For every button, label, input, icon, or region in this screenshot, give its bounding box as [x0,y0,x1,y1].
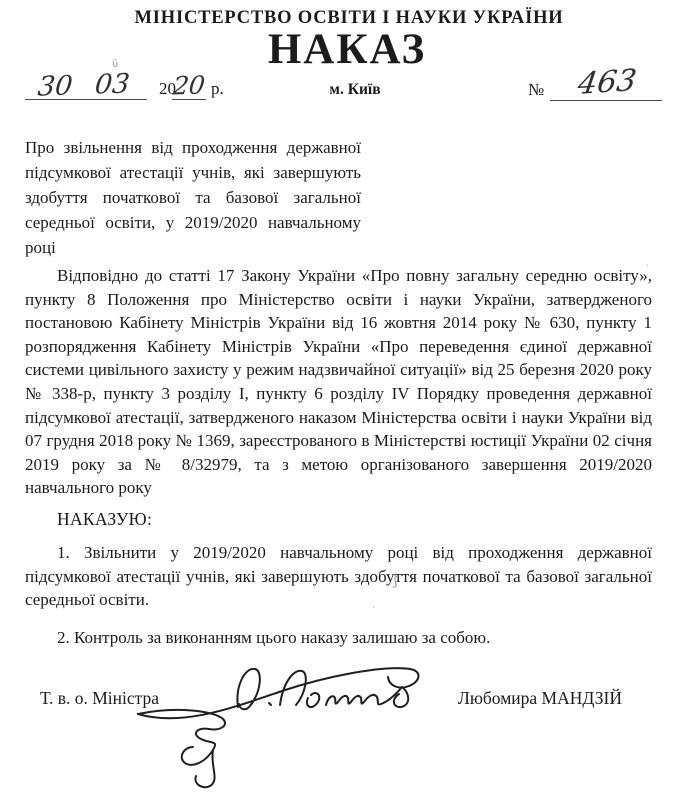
signer-name-label: Любомира МАНДЗІЙ [458,688,622,709]
number-sign: № [528,80,544,101]
handwritten-signature-icon [132,650,432,795]
order-item-2: 2. Контроль за виконанням цього наказу з… [25,626,652,650]
ministry-name: МІНІСТЕРСТВО ОСВІТИ І НАУКИ УКРАЇНИ [0,0,680,29]
scan-speck: · [372,604,375,614]
handwritten-order-number: 463 [576,68,638,98]
scan-speck: · [646,262,649,272]
order-number-group: № 463 [528,73,662,101]
document-title: НАКАЗ [0,28,680,71]
subject-block: Про звільнення від проходження державної… [25,135,361,260]
scan-speck: ʃ [394,576,397,586]
preamble-paragraph: Відповідно до статті 17 Закону України «… [25,264,652,500]
scan-speck: ϋ [112,60,118,70]
order-verb: НАКАЗУЮ: [57,509,680,530]
meta-row: 30 03 20 20 р. м. Київ № 463 [0,73,680,113]
number-underline: 463 [550,73,662,101]
document-page: МІНІСТЕРСТВО ОСВІТИ І НАУКИ УКРАЇНИ НАКА… [0,0,680,798]
order-item-1: 1. Звільнити у 2019/2020 навчальному роц… [25,541,652,612]
